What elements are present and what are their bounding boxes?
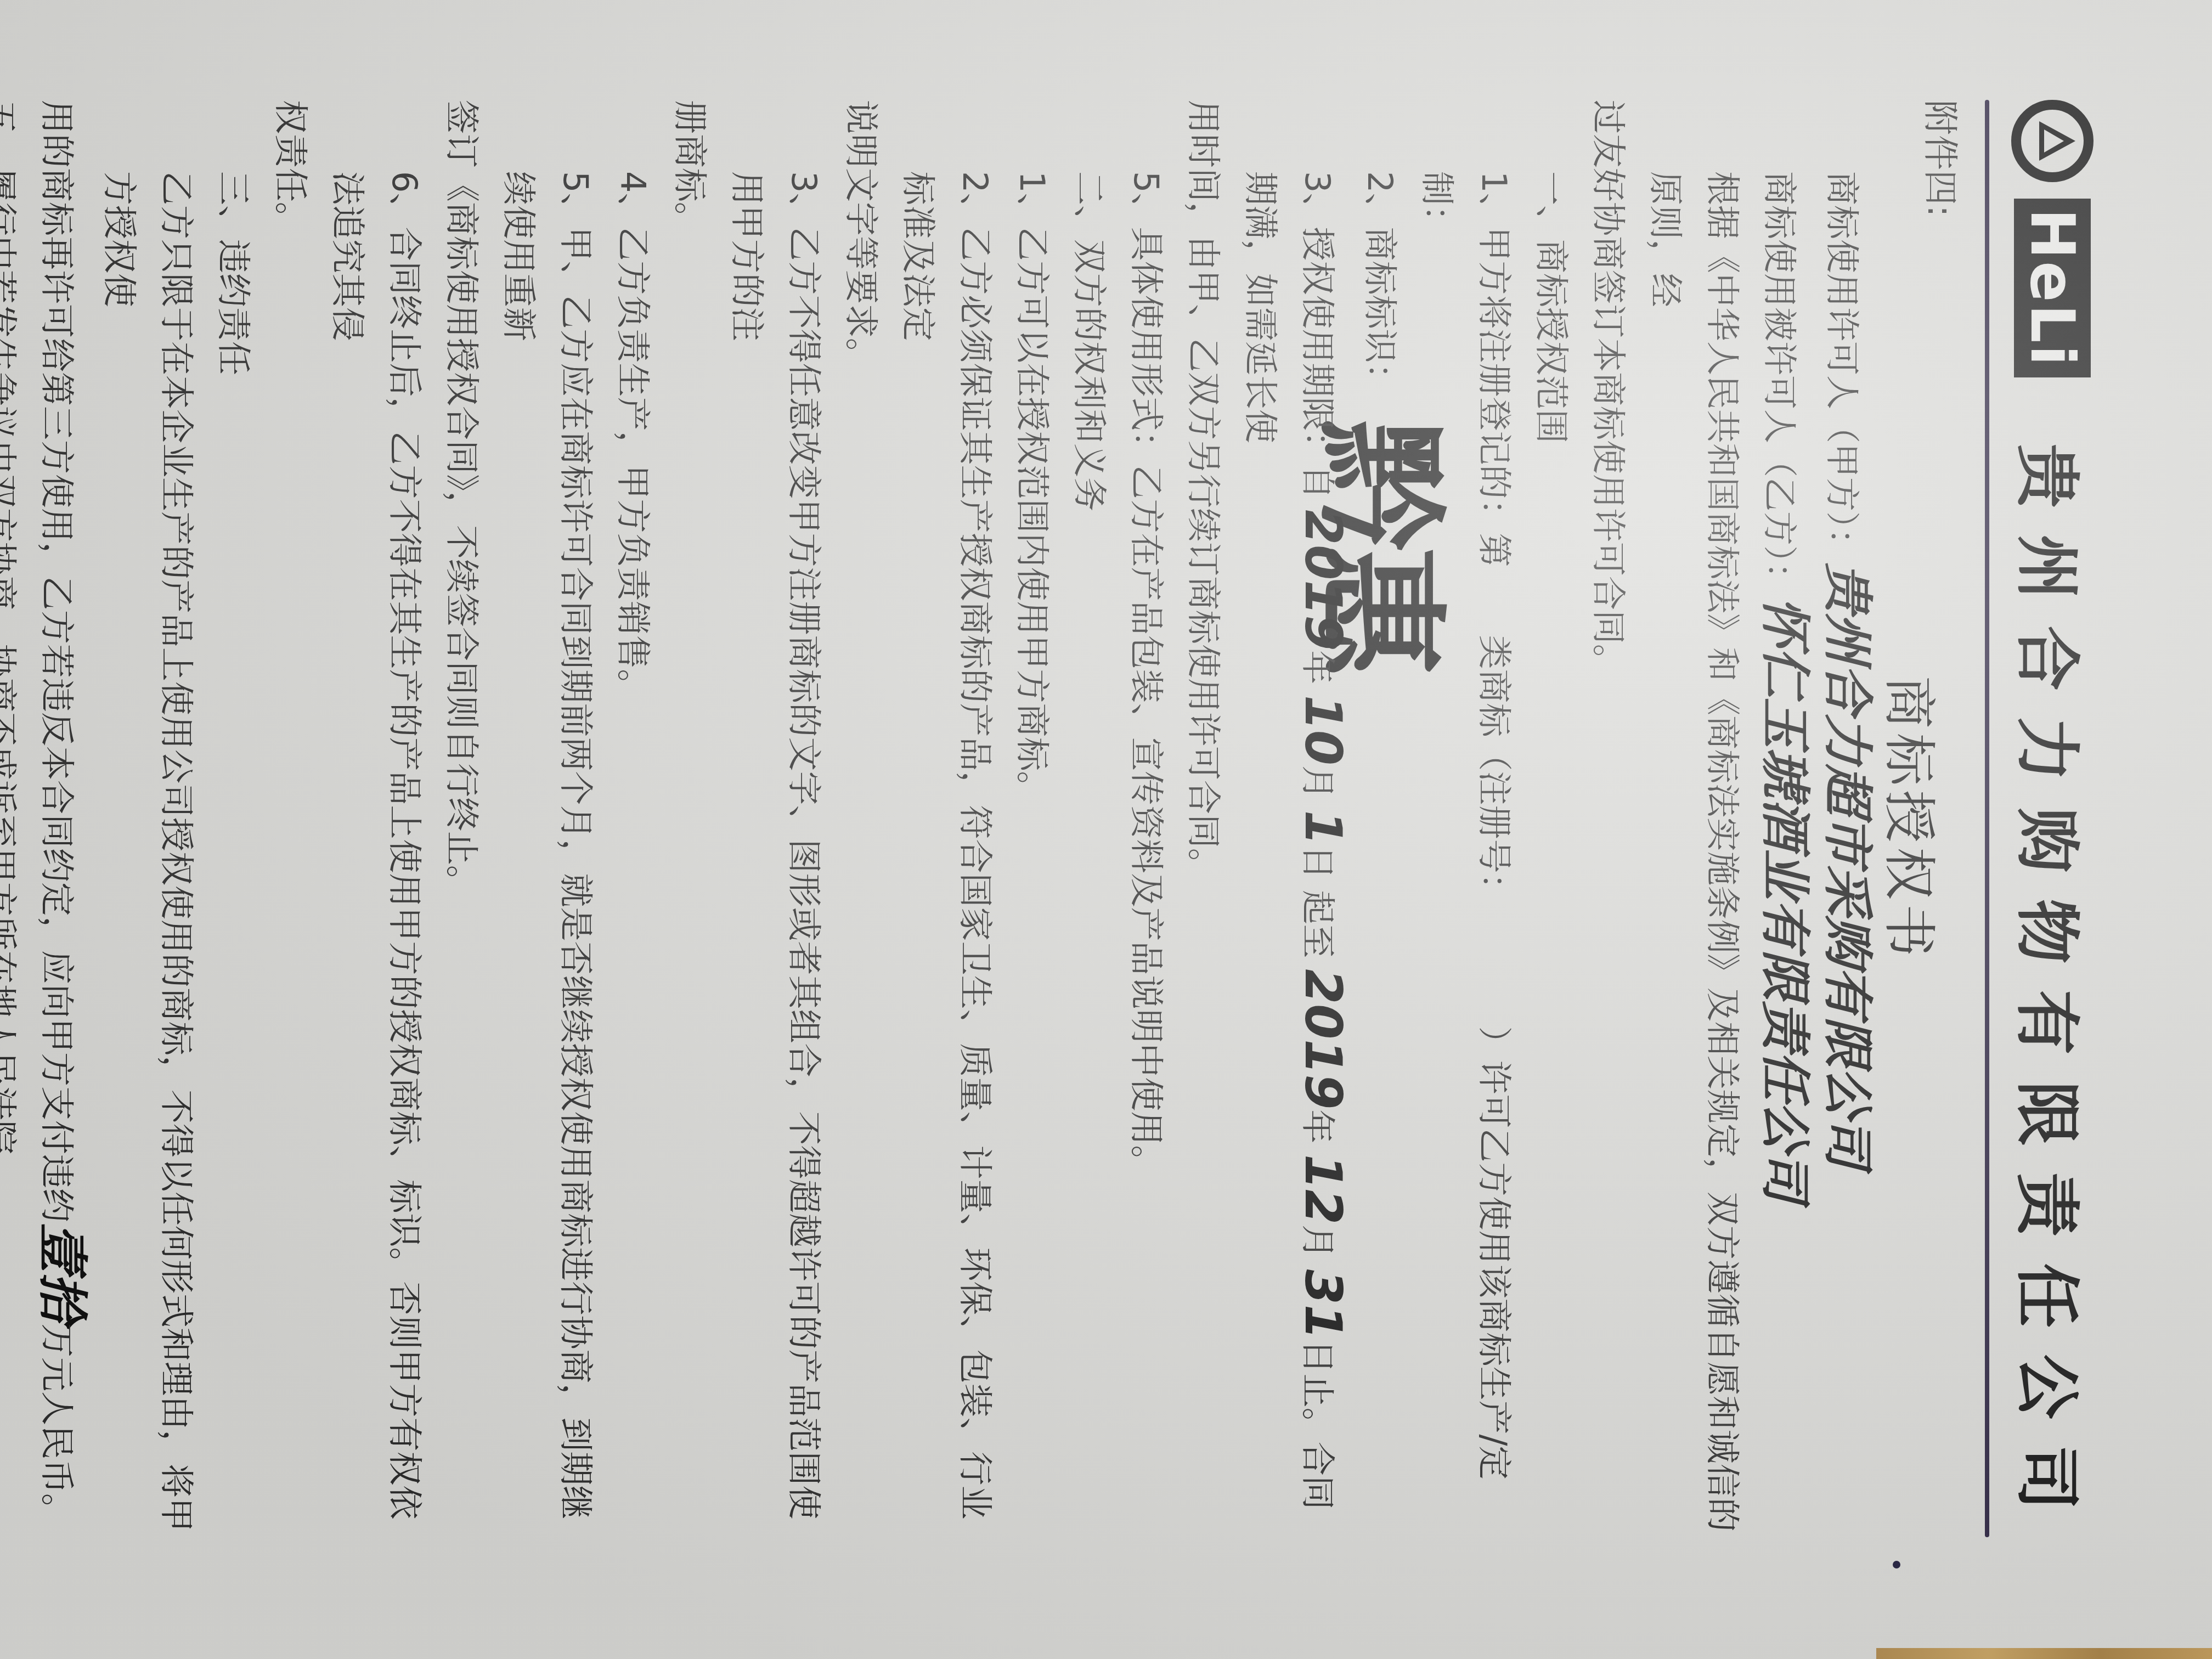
section1-item3: 3、授权使用期限：自 2019年 10月 1日 起至 2019年 12月 31日…: [1232, 100, 1351, 1537]
trademark-logo: 黔惠: [1351, 419, 1408, 671]
term-prefix: 3、授权使用期限：自: [1297, 171, 1338, 499]
licensee-handwritten: 怀仁玉琥酒业有限责任公司: [1756, 596, 1814, 1202]
preamble-line2: 过友好协商签订本商标使用许可合同。: [1579, 100, 1637, 1537]
header-rule: [1985, 100, 1989, 1537]
section3-line1: 乙方只限于在本企业生产的产品上使用公司授权使用的商标，不得以任何形式和理由，将甲…: [91, 100, 205, 1537]
section2-item6-cont: 权责任。: [262, 100, 319, 1537]
section1-item1: 1、甲方将注册登记的：第 类商标（注册号： ）许可乙方使用该商标生产/定制：: [1408, 100, 1522, 1537]
unit-year: 年: [1297, 1109, 1338, 1143]
section2-item2: 2、乙方必须保证其生产授权商标的产品，符合国家卫生、质量、计量、环保、包装、行业…: [889, 100, 1003, 1537]
section2-item1: 1、乙方可以在授权范围内使用甲方商标。: [1003, 100, 1060, 1537]
ink-dot: [1893, 1561, 1900, 1568]
section2-item2-cont: 说明文字等要求。: [832, 100, 889, 1537]
start-day: 1: [1294, 810, 1352, 845]
section2-item4: 4、乙方负责生产，甲方负责销售。: [604, 100, 661, 1537]
section1-item5: 5、具体使用形式：乙方在产品包装、宣传资料及产品说明中使用。: [1118, 100, 1175, 1537]
page-title: 商标授权书: [1876, 100, 1951, 1537]
licensee-label: 商标使用被许可人（乙方）：: [1759, 171, 1799, 596]
heli-triangle-circle-icon: [2011, 100, 2093, 182]
document-page: HeLi 贵州合力购物有限责任公司 附件四: 商标授权书 商标使用许可人（甲方）…: [91, 34, 2121, 1625]
term-to: 起至: [1297, 890, 1338, 958]
logo-wordmark: HeLi: [2014, 199, 2091, 377]
section1-item2: 2、商标标识： 黔惠: [1351, 100, 1408, 1537]
unit-month: 月: [1297, 1224, 1338, 1259]
letterhead: HeLi 贵州合力购物有限责任公司: [2006, 100, 2099, 1537]
section3-line2: 用的商标再许可给第三方使用，乙方若违反本合同约定，应向甲方支付违约壹拾万元人民币…: [28, 100, 91, 1537]
section2-item5: 5、甲、乙方应在商标许可合同到期前两个月，就是否继续授权使用商标进行协商，到期继…: [490, 100, 604, 1537]
preamble-line1: 根据《中华人民共和国商标法》和《商标法实施条例》及相关规定，双方遵循自愿和诚信的…: [1637, 100, 1751, 1537]
penalty-amount: 壹拾: [33, 1222, 92, 1323]
trademark-label: 2、商标标识：: [1351, 171, 1408, 397]
section2-item3: 3、乙方不得任意改变甲方注册商标的文字、图形或者其组合，不得超越许可的产品范围使…: [718, 100, 832, 1537]
end-day: 31: [1294, 1269, 1352, 1340]
unit-month: 月: [1297, 765, 1338, 799]
section3-heading: 三、违约责任: [205, 100, 262, 1537]
end-year: 2019: [1294, 969, 1352, 1109]
penalty-suffix: 万元人民币。: [37, 1323, 77, 1527]
section2-heading: 二、双方的权利和义务: [1060, 100, 1118, 1537]
section1-item3-line2: 用时间，由甲、乙双方另行续订商标使用许可合同。: [1175, 100, 1232, 1537]
start-month: 10: [1294, 695, 1352, 765]
start-year: 2019: [1294, 510, 1352, 650]
section2-item3-cont: 册商标。: [661, 100, 718, 1537]
end-month: 12: [1294, 1154, 1352, 1224]
section1-heading: 一、商标授权范围: [1522, 100, 1579, 1537]
licensor-handwritten: 贵州合力超市采购有限公司: [1818, 562, 1877, 1168]
wooden-table-edge: [1876, 1648, 2212, 1659]
section2-item5-cont: 签订《商标使用授权合同》，不续签合同则自行终止。: [433, 100, 490, 1537]
unit-year: 年: [1297, 650, 1338, 684]
licensor-label: 商标使用许可人（甲方）：: [1822, 171, 1862, 562]
company-name: 贵州合力购物有限责任公司: [2006, 443, 2099, 1536]
section2-item6: 6、合同终止后，乙方不得在其生产的产品上使用甲方的授权商标、标识。否则甲方有权依…: [319, 100, 433, 1537]
section5-line: 五、履行中若发生争议由双方协商，协商不成诉至甲方所在地人民法院。: [0, 100, 28, 1537]
licensor-line: 商标使用许可人（甲方）：贵州合力超市采购有限公司: [1813, 100, 1876, 1537]
unit-day: 日: [1297, 845, 1338, 879]
penalty-prefix: 用的商标再许可给第三方使用，乙方若违反本合同约定，应向甲方支付违约: [37, 100, 77, 1222]
licensee-line: 商标使用被许可人（乙方）：怀仁玉琥酒业有限责任公司: [1751, 100, 1813, 1537]
